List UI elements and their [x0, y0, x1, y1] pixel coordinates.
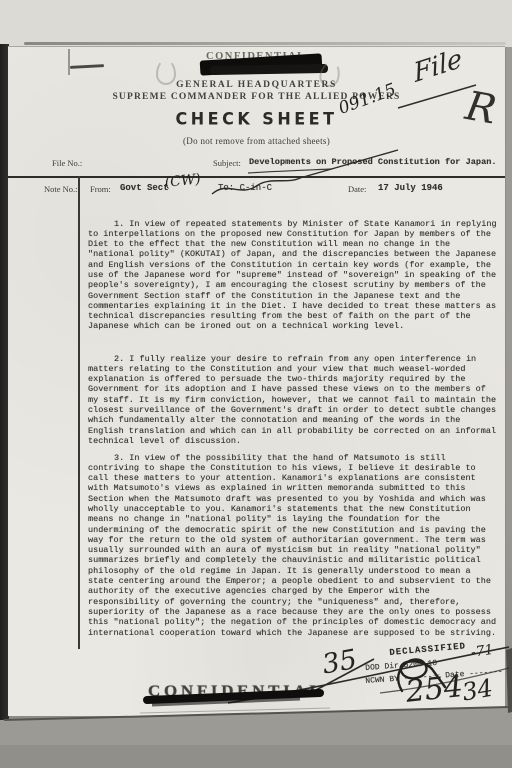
backing-sheet-top [0, 0, 512, 47]
file-no-label: File No.: [52, 158, 82, 168]
to-value: C-in-C [240, 183, 272, 193]
note-no-label: Note No.: [44, 184, 78, 194]
from-value: Govt Sect [120, 183, 169, 193]
document-page: CONFIDENTIAL GENERAL HEADQUARTERS SUPREM… [8, 47, 505, 716]
handwritten-number-71: -71 [470, 642, 495, 661]
subject-value: Developments on Proposed Constitution fo… [249, 157, 497, 167]
date-value: 17 July 1946 [378, 183, 443, 193]
backing-shade [0, 745, 512, 768]
to-label: To: [218, 183, 234, 193]
pencil-dash-mark [70, 64, 104, 69]
form-divider-line [8, 176, 505, 178]
pencil-tick-mark [68, 49, 70, 75]
body-paragraph-1: 1. In view of repeated statements by Min… [88, 219, 500, 332]
document-title: CHECK SHEET [8, 109, 505, 129]
handwritten-number-35: 35 [320, 644, 359, 680]
handwritten-from-initials: (CW) [164, 171, 202, 191]
org-name-line2: SUPREME COMMANDER FOR THE ALLIED POWERS [8, 92, 505, 102]
handwritten-number-254: 254 [404, 669, 465, 710]
handwritten-number-34: 34 [460, 674, 495, 707]
scan-smudge [24, 42, 506, 45]
declassified-stamp-line1: DECLASSIFIED [389, 641, 466, 658]
body-paragraph-3: 3. In view of the possibility that the h… [88, 453, 500, 638]
to-field: To: C-in-C [218, 183, 272, 193]
page-right-edge-shadow [506, 648, 512, 713]
subject-label: Subject: [213, 158, 241, 168]
redaction-bar [210, 64, 328, 75]
confidential-stamp-bottom: CONFIDENTIAL [148, 683, 324, 701]
scanned-document: { "document": { "colors": { "paper": "#e… [0, 0, 512, 768]
body-paragraph-2: 2. I fully realize your desire to refrai… [88, 354, 500, 447]
backing-sheet-bottom [0, 707, 512, 768]
redacted-classification-stamp: CONFIDENTIAL [200, 51, 326, 77]
form-column-line [78, 176, 80, 649]
from-label: From: [90, 184, 111, 194]
date-label: Date: [348, 184, 366, 194]
document-subtitle: (Do not remove from attached sheets) [8, 136, 505, 146]
